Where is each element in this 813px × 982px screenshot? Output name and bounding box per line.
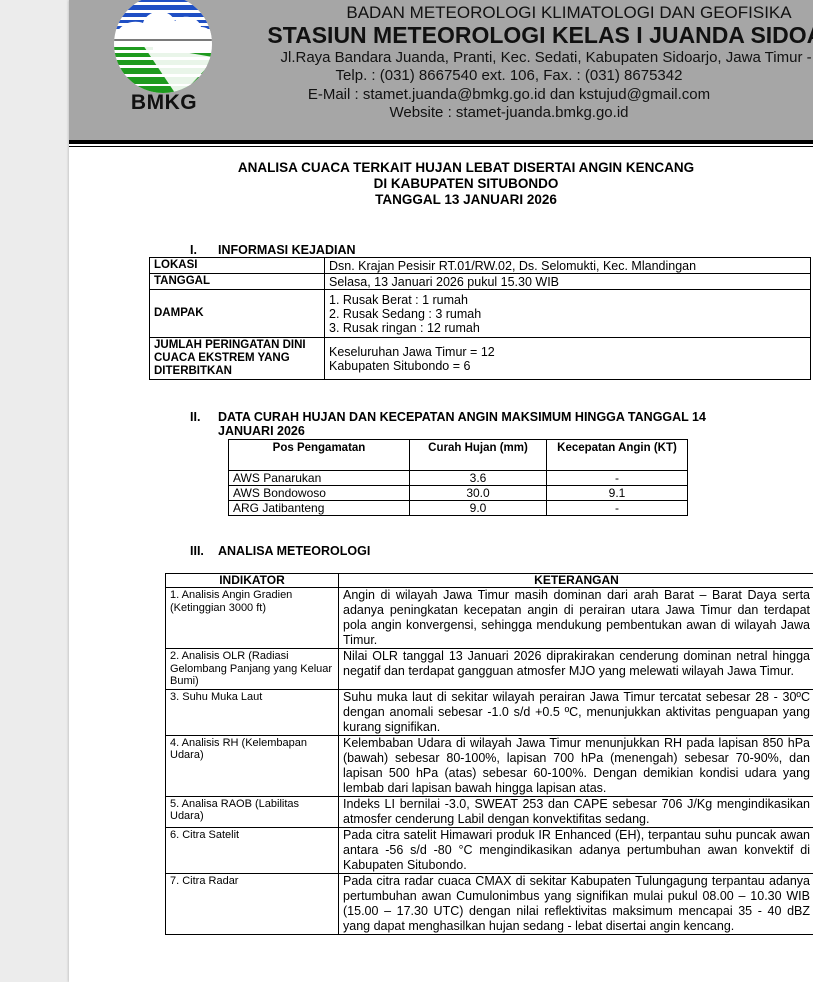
- row-value: Selasa, 13 Januari 2026 pukul 15.30 WIB: [325, 274, 811, 290]
- impact-line: 3. Rusak ringan : 12 rumah: [329, 321, 806, 335]
- warning-count-line: Keseluruhan Jawa Timur = 12: [329, 345, 806, 359]
- station-cell: ARG Jatibanteng: [229, 501, 410, 516]
- rainfall-cell: 9.0: [410, 501, 547, 516]
- table-row: TANGGAL Selasa, 13 Januari 2026 pukul 15…: [150, 274, 811, 290]
- station-website: Website : stamet-juanda.bmkg.go.id: [219, 104, 799, 121]
- wind-cell: -: [547, 501, 688, 516]
- column-header: INDIKATOR: [166, 574, 339, 588]
- station-name: STASIUN METEOROLOGI KELAS I JUANDA SIDOA…: [219, 22, 813, 49]
- indicator-cell: 5. Analisa RAOB (Labilitas Udara): [166, 796, 339, 827]
- row-key: LOKASI: [150, 258, 325, 274]
- column-header: Kecepatan Angin (KT): [547, 440, 688, 471]
- meteorology-analysis-table: INDIKATOR KETERANGAN 1. Analisis Angin G…: [165, 573, 813, 935]
- station-cell: AWS Panarukan: [229, 471, 410, 486]
- column-header: KETERANGAN: [339, 574, 813, 588]
- bmkg-logo-icon: [113, 0, 213, 93]
- description-cell: Nilai OLR tanggal 13 Januari 2026 diprak…: [339, 649, 813, 690]
- indicator-cell: 3. Suhu Muka Laut: [166, 689, 339, 735]
- column-header: Pos Pengamatan: [229, 440, 410, 471]
- station-phone: Telp. : (031) 8667540 ext. 106, Fax. : (…: [219, 67, 799, 84]
- table-row: AWS Panarukan 3.6 -: [229, 471, 688, 486]
- table-row: JUMLAH PERINGATAN DINI CUACA EKSTREM YAN…: [150, 338, 811, 380]
- warning-count-line: Kabupaten Situbondo = 6: [329, 359, 806, 373]
- station-cell: AWS Bondowoso: [229, 486, 410, 501]
- table-header-row: INDIKATOR KETERANGAN: [166, 574, 813, 588]
- rainfall-cell: 3.6: [410, 471, 547, 486]
- section-2-heading: II.DATA CURAH HUJAN DAN KECEPATAN ANGIN …: [190, 410, 790, 438]
- title-line-3: TANGGAL 13 JANUARI 2026: [149, 192, 783, 208]
- agency-name: BADAN METEOROLOGI KLIMATOLOGI DAN GEOFIS…: [219, 3, 813, 23]
- table-row: 1. Analisis Angin Gradien (Ketinggian 30…: [166, 588, 813, 649]
- rainfall-cell: 30.0: [410, 486, 547, 501]
- letterhead: BMKG BADAN METEOROLOGI KLIMATOLOGI DAN G…: [69, 0, 813, 140]
- table-row: LOKASI Dsn. Krajan Pesisir RT.01/RW.02, …: [150, 258, 811, 274]
- table-row: 7. Citra Radar Pada citra radar cuaca CM…: [166, 873, 813, 934]
- section-1-number: I.: [190, 243, 218, 257]
- indicator-cell: 1. Analisis Angin Gradien (Ketinggian 30…: [166, 588, 339, 649]
- table-row: AWS Bondowoso 30.0 9.1: [229, 486, 688, 501]
- document-page: BMKG BADAN METEOROLOGI KLIMATOLOGI DAN G…: [69, 0, 813, 982]
- header-divider-thick: [69, 140, 813, 144]
- section-3-number: III.: [190, 544, 218, 558]
- section-2-title-line-1: DATA CURAH HUJAN DAN KECEPATAN ANGIN MAK…: [218, 410, 706, 424]
- indicator-cell: 2. Analisis OLR (Radiasi Gelombang Panja…: [166, 649, 339, 690]
- rainfall-wind-table: Pos Pengamatan Curah Hujan (mm) Kecepata…: [228, 439, 688, 516]
- indicator-cell: 6. Citra Satelit: [166, 827, 339, 873]
- indicator-cell: 4. Analisis RH (Kelembapan Udara): [166, 735, 339, 796]
- section-3-heading: III.ANALISA METEOROLOGI: [190, 544, 370, 558]
- wind-cell: -: [547, 471, 688, 486]
- station-email: E-Mail : stamet.juanda@bmkg.go.id dan ks…: [219, 86, 799, 103]
- station-address: Jl.Raya Bandara Juanda, Pranti, Kec. Sed…: [219, 49, 813, 66]
- row-key: DAMPAK: [150, 290, 325, 338]
- impact-line: 2. Rusak Sedang : 3 rumah: [329, 307, 806, 321]
- row-value: Dsn. Krajan Pesisir RT.01/RW.02, Ds. Sel…: [325, 258, 811, 274]
- description-cell: Angin di wilayah Jawa Timur masih domina…: [339, 588, 813, 649]
- incident-info-table: LOKASI Dsn. Krajan Pesisir RT.01/RW.02, …: [149, 257, 811, 380]
- row-key: TANGGAL: [150, 274, 325, 290]
- section-2-number: II.: [190, 410, 218, 424]
- table-row: 5. Analisa RAOB (Labilitas Udara) Indeks…: [166, 796, 813, 827]
- table-row: 2. Analisis OLR (Radiasi Gelombang Panja…: [166, 649, 813, 690]
- impact-line: 1. Rusak Berat : 1 rumah: [329, 293, 806, 307]
- indicator-cell: 7. Citra Radar: [166, 873, 339, 934]
- header-divider-thin: [69, 146, 813, 147]
- description-cell: Kelembaban Udara di wilayah Jawa Timur m…: [339, 735, 813, 796]
- table-header-row: Pos Pengamatan Curah Hujan (mm) Kecepata…: [229, 440, 688, 471]
- table-row: DAMPAK 1. Rusak Berat : 1 rumah 2. Rusak…: [150, 290, 811, 338]
- row-value: Keseluruhan Jawa Timur = 12 Kabupaten Si…: [325, 338, 811, 380]
- logo-label: BMKG: [124, 91, 204, 115]
- row-value: 1. Rusak Berat : 1 rumah 2. Rusak Sedang…: [325, 290, 811, 338]
- table-row: 6. Citra Satelit Pada citra satelit Hima…: [166, 827, 813, 873]
- section-2-title-line-2: JANUARI 2026: [190, 424, 790, 438]
- column-header: Curah Hujan (mm): [410, 440, 547, 471]
- description-cell: Pada citra satelit Himawari produk IR En…: [339, 827, 813, 873]
- table-row: ARG Jatibanteng 9.0 -: [229, 501, 688, 516]
- table-row: 4. Analisis RH (Kelembapan Udara) Kelemb…: [166, 735, 813, 796]
- description-cell: Suhu muka laut di sekitar wilayah perair…: [339, 689, 813, 735]
- document-title: ANALISA CUACA TERKAIT HUJAN LEBAT DISERT…: [149, 160, 783, 208]
- wind-cell: 9.1: [547, 486, 688, 501]
- description-cell: Pada citra radar cuaca CMAX di sekitar K…: [339, 873, 813, 934]
- section-1-heading: I.INFORMASI KEJADIAN: [190, 243, 356, 257]
- description-cell: Indeks LI bernilai -3.0, SWEAT 253 dan C…: [339, 796, 813, 827]
- section-3-title: ANALISA METEOROLOGI: [218, 544, 370, 558]
- row-key: JUMLAH PERINGATAN DINI CUACA EKSTREM YAN…: [150, 338, 325, 380]
- title-line-2: DI KABUPATEN SITUBONDO: [149, 176, 783, 192]
- section-1-title: INFORMASI KEJADIAN: [218, 243, 356, 257]
- title-line-1: ANALISA CUACA TERKAIT HUJAN LEBAT DISERT…: [149, 160, 783, 176]
- table-row: 3. Suhu Muka Laut Suhu muka laut di seki…: [166, 689, 813, 735]
